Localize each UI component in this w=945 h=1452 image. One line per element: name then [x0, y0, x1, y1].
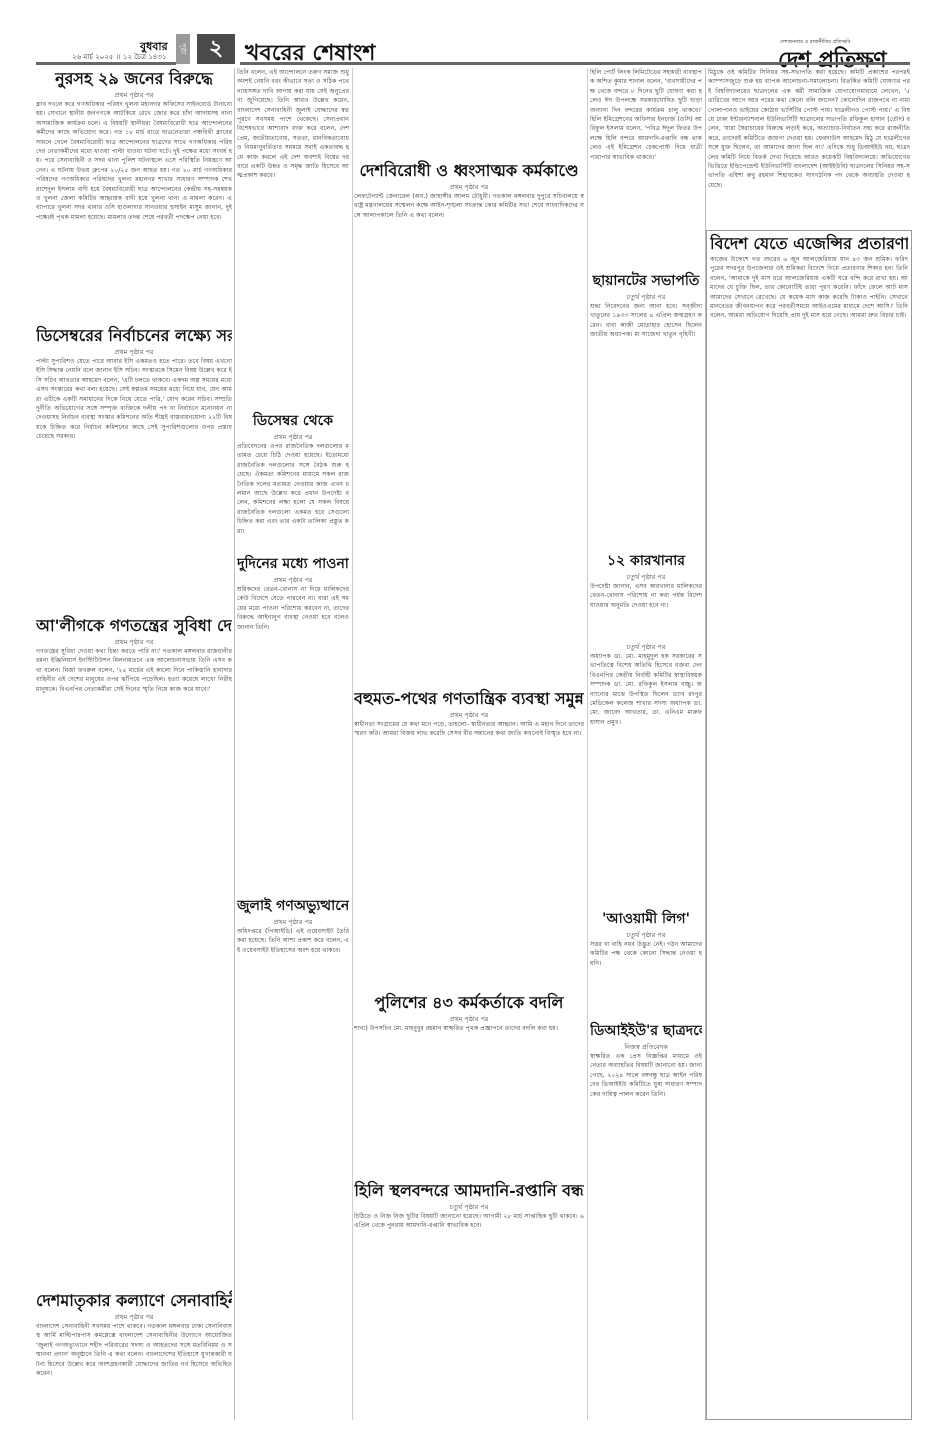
story-body: লেফটেন্যান্ট জেনারেল (অব.) জাহাঙ্গীর আলম…	[354, 192, 584, 220]
jump-line: প্রথম পৃষ্ঠার পর	[354, 1014, 584, 1024]
jump-line: নিজস্ব প্রতিবেদক	[590, 1042, 702, 1052]
column-divider	[705, 68, 706, 1420]
headline: 'আওয়ামী লিগ'	[590, 908, 702, 930]
story-body: শ্রদ্ধা নিবেদনের জন্য আনা হবে। সন্‌জীদা …	[590, 302, 702, 340]
headline: বিদেশ যেতে এজেন্সির প্রতারণায় নিঃস্ব	[710, 233, 908, 255]
story-army: দেশমাতৃকার কল্যাণে সেনাবাহিনী সবসময় প্র…	[36, 1290, 232, 1420]
headline: নুরসহ ২৯ জনের বিরুদ্ধে	[36, 68, 232, 90]
story-diu: ডিআইইউ'র ছাত্রদলের নিজস্ব প্রতিবেদক স্বা…	[590, 1020, 702, 1420]
story-hili-port: হিলি স্থলবন্দরে আমদানি-রপ্তানি বন্ধ চতুর…	[354, 1180, 584, 1420]
jump-line: প্রথম পৃষ্ঠার পর	[36, 1312, 232, 1322]
story-body: শ্রমিকদের বেতন-বোনাস না দিয়ে মালিকদের ক…	[237, 585, 349, 632]
column-divider	[352, 68, 353, 1420]
story-election-december: ডিসেম্বর থেকে প্রথম পৃষ্ঠার পর প্রতিবেদন…	[237, 410, 349, 550]
story-anti-state: দেশবিরোধী ও ধ্বংসাত্মক কর্মকাণ্ডে প্রথম …	[354, 160, 584, 685]
column-divider	[587, 68, 588, 1420]
story-body: উপদেষ্টা জানান, এসব কারখানার মালিকদের বে…	[590, 582, 702, 610]
jump-line: প্রথম পৃষ্ঠার পর	[36, 90, 232, 100]
story-nur: নুরসহ ২৯ জনের বিরুদ্ধে প্রথম পৃষ্ঠার পর …	[36, 68, 232, 321]
jump-line: প্রথম পৃষ্ঠার পর	[36, 637, 232, 647]
headline: আ'লীগকে গণতন্ত্রের সুবিধা দেওয়ার	[36, 615, 232, 637]
jump-line: প্রথম পৃষ্ঠার পর	[354, 710, 584, 720]
story-body: ক্লাব দখলে করে গণঅধিকার পরিষদ খুলনা মহান…	[36, 100, 232, 222]
headline: হিলি স্থলবন্দরে আমদানি-রপ্তানি বন্ধ	[354, 1180, 584, 1202]
jump-line: চতুর্থ পৃষ্ঠার পর	[590, 572, 702, 582]
headline: জুলাই গণঅভ্যুত্থানের	[237, 895, 349, 917]
headline: ডিআইইউ'র ছাত্রদলের	[590, 1020, 702, 1042]
story-army-continued: তিনি বলেন, এই আন্দোলনে তরুণ সমাজ শুধু অং…	[237, 68, 349, 413]
story-body: স্বাধীনতা সংগ্রামের যে কথা মনে পড়ে, তাহ…	[354, 720, 584, 739]
story-body: কাজের উদ্দেশে গত বছরের ৬ জুন আলজেরিয়ায়…	[710, 255, 908, 321]
story-diu-controversy: মিঠুকে ওই কমিটির সিনিয়র সহ-সভাপতি করা হ…	[708, 68, 910, 228]
story-body: বাংলাদেশ সেনাবাহিনী সবসময় পাশে থাকবে। গ…	[36, 1322, 232, 1378]
story-police-transfer: পুলিশের ৪৩ কর্মকর্তাকে বদলি প্রথম পৃষ্ঠা…	[354, 992, 584, 1177]
story-body: পাল্টা সুপারিশও যেতে পারে আবার ইসি একমতও…	[36, 357, 232, 442]
story-body: অধিদপ্তরে (পিআইডি) এই ওয়েবসাইট তৈরি করা…	[237, 927, 349, 955]
story-december-election: ডিসেম্বরের নির্বাচনের লক্ষ্যে সরকারকে প্…	[36, 325, 232, 613]
page-tag: পৃষ্ঠা	[176, 34, 190, 64]
headline: দেশমাতৃকার কল্যাণে সেনাবাহিনী সবসময়	[36, 1290, 232, 1312]
headline: ডিসেম্বরের নির্বাচনের লক্ষ্যে সরকারকে	[36, 325, 232, 347]
jump-line: প্রথম পৃষ্ঠার পর	[237, 917, 349, 927]
story-awami-league: আ'লীগকে গণতন্ত্রের সুবিধা দেওয়ার প্রথম …	[36, 615, 232, 1265]
masthead-rule-left	[36, 62, 176, 65]
headline: ১২ কারখানার	[590, 550, 702, 572]
story-july-uprising: জুলাই গণঅভ্যুত্থানের প্রথম পৃষ্ঠার পর অধ…	[237, 895, 349, 1420]
story-body: স্বাক্ষরিত এক প্রেস বিজ্ঞপ্তির মাধ্যমে ও…	[590, 1052, 702, 1099]
jump-line: চতুর্থ পৃষ্ঠার পর	[354, 1202, 584, 1212]
story-body: অধ্যাপক ডা. মো. মাহমুদুল হক সরকারের সভাপ…	[590, 652, 702, 727]
story-awami-league-quote: 'আওয়ামী লিগ' চতুর্থ পৃষ্ঠার পর সত্তর বা…	[590, 908, 702, 1018]
story-body: হিলি পোর্ট লিংক লিমিটেডের সহকারী ব্যবস্থ…	[590, 68, 702, 162]
headline: পুলিশের ৪৩ কর্মকর্তাকে বদলি	[354, 992, 584, 1014]
headline: ছায়ানটের সভাপতি	[590, 270, 702, 292]
story-body: মিঠুকে ওই কমিটির সিনিয়র সহ-সভাপতি করা হ…	[708, 68, 910, 190]
story-democracy: বহুমত-পথের গণতান্ত্রিক ব্যবস্থা সমুন্নত …	[354, 688, 584, 990]
story-body: গণতন্ত্রের সুবিধা দেওয়া কথা চিন্তা করতে…	[36, 647, 232, 694]
story-body: প্রতিবেদনের ওপর রাজনৈতিক দলগুলোর মতামত চ…	[237, 442, 349, 536]
story-body: সত্তর বা বাহি নয়ব উদ্ভুত নেই। গঠন আমাদে…	[590, 940, 702, 968]
jump-line: প্রথম পৃষ্ঠার পর	[237, 575, 349, 585]
jump-line: চতুর্থ পৃষ্ঠার পর	[590, 930, 702, 940]
story-abroad-fraud: বিদেশ যেতে এজেন্সির প্রতারণায় নিঃস্ব কা…	[706, 230, 912, 1420]
headline: ডিসেম্বর থেকে	[237, 410, 349, 432]
jump-line: প্রথম পৃষ্ঠার পর	[354, 182, 584, 192]
story-hili-port-top: হিলি পোর্ট লিংক লিমিটেডের সহকারী ব্যবস্থ…	[590, 68, 702, 268]
story-two-days: দুদিনের মধ্যে পাওনা প্রথম পৃষ্ঠার পর শ্র…	[237, 553, 349, 893]
jump-line: প্রথম পৃষ্ঠার পর	[237, 432, 349, 442]
jump-line: চতুর্থ পৃষ্ঠার পর	[590, 292, 702, 302]
headline: দেশবিরোধী ও ধ্বংসাত্মক কর্মকাণ্ডে	[354, 160, 584, 182]
masthead-rule-right	[240, 62, 910, 65]
story-body: চিঠিতে ও নিজ নিজ ছুটির বিষয়টি জানানো হয…	[354, 1212, 584, 1231]
story-chhayanaut: ছায়ানটের সভাপতি চতুর্থ পৃষ্ঠার পর শ্রদ্…	[590, 270, 702, 548]
page-number: ২	[197, 34, 235, 64]
column-divider	[234, 68, 235, 1420]
story-body: শাখা) উপসচিব মো. মাহবুবুর রহমান স্বাক্ষর…	[354, 1024, 584, 1033]
headline: দুদিনের মধ্যে পাওনা	[237, 553, 349, 575]
story-twelve-factories: ১২ কারখানার চতুর্থ পৃষ্ঠার পর উপদেষ্টা জ…	[590, 550, 702, 640]
story-rangpur: চতুর্থ পৃষ্ঠার পর অধ্যাপক ডা. মো. মাহমুদ…	[590, 642, 702, 904]
story-body: তিনি বলেন, এই আন্দোলনে তরুণ সমাজ শুধু অং…	[237, 68, 349, 181]
jump-line: প্রথম পৃষ্ঠার পর	[36, 347, 232, 357]
headline: বহুমত-পথের গণতান্ত্রিক ব্যবস্থা সমুন্নত	[354, 688, 584, 710]
jump-line: চতুর্থ পৃষ্ঠার পর	[590, 642, 702, 652]
masthead: বুধবার ২৬ মার্চ ২০২৫ ।। ১২ চৈত্র ১৪৩১ পৃ…	[0, 0, 945, 60]
